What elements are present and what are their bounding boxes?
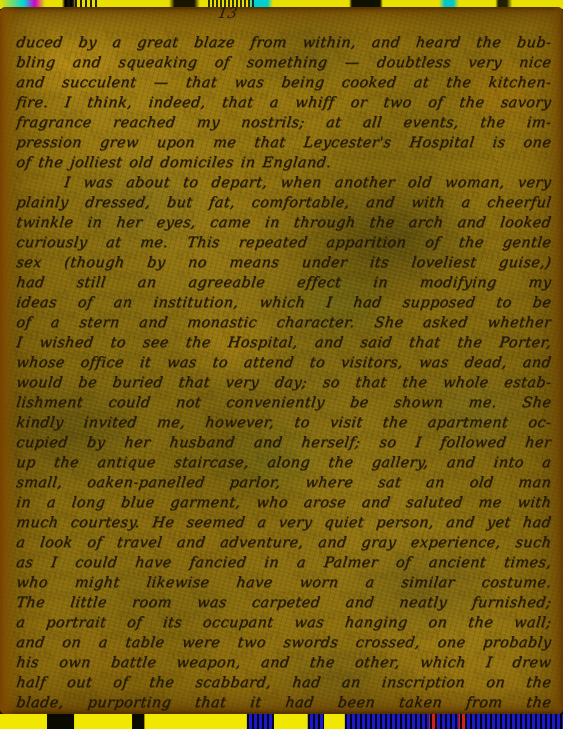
manuscript-line: kindly invited me, however, to visit the… <box>15 413 552 433</box>
manuscript-line: fragrance reached my nostrils; at all ev… <box>15 113 552 133</box>
manuscript-line: his own battle weapon, and the other, wh… <box>15 653 552 673</box>
scanned-manuscript-page: 13 duced by a great blaze from within, a… <box>0 0 563 729</box>
manuscript-line: The little room was carpeted and neatly … <box>15 593 552 613</box>
manuscript-line: sex (though by no means under its loveli… <box>15 253 552 273</box>
manuscript-line: who might likewise have worn a similar c… <box>15 573 552 593</box>
manuscript-line: and on a table were two swords crossed, … <box>15 633 552 653</box>
page-number: 13 <box>217 4 239 22</box>
manuscript-line: had still an agreeable effect in modifyi… <box>15 273 552 293</box>
manuscript-line: up the antique staircase, along the gall… <box>15 453 552 473</box>
manuscript-line: and succulent — that was being cooked at… <box>15 73 552 93</box>
manuscript-line: small, oaken-panelled parlor, where sat … <box>15 473 552 493</box>
manuscript-line: duced by a great blaze from within, and … <box>15 33 552 53</box>
manuscript-line: bling and squeaking of something — doubt… <box>15 53 552 73</box>
manuscript-line: a portrait of its occupant was hanging o… <box>15 613 552 633</box>
manuscript-line: fire. I think, indeed, that a whiff or t… <box>15 93 552 113</box>
manuscript-line: of a stern and monastic character. She a… <box>15 313 552 333</box>
manuscript-line: much courtesy. He seemed a very quiet pe… <box>15 513 552 533</box>
manuscript-line: of the jolliest old domiciles in England… <box>15 153 552 173</box>
manuscript-line: blade, purporting that it had been taken… <box>15 693 552 713</box>
manuscript-line: I was about to depart, when another old … <box>15 173 552 193</box>
manuscript-line: would be buried that very day; so that t… <box>15 373 552 393</box>
manuscript-line: a look of travel and adventure, and gray… <box>15 533 552 553</box>
manuscript-line: as I could have fancied in a Palmer of a… <box>15 553 552 573</box>
manuscript-line: curiously at me. This repeated apparitio… <box>15 233 552 253</box>
manuscript-line: half out of the scabbard, had an inscrip… <box>15 673 552 693</box>
manuscript-line: lishment could not conveniently be shown… <box>15 393 552 413</box>
manuscript-line: I wished to see the Hospital, and said t… <box>15 333 552 353</box>
manuscript-line: twinkle in her eyes, came in through the… <box>15 213 552 233</box>
manuscript-text: duced by a great blaze from within, and … <box>15 33 550 713</box>
manuscript-line: pression grew upon me that Leycester's H… <box>15 133 552 153</box>
manuscript-line: in a long blue garment, who arose and sa… <box>15 493 552 513</box>
manuscript-line: whose office it was to attend to visitor… <box>15 353 552 373</box>
manuscript-paper: 13 duced by a great blaze from within, a… <box>0 7 563 714</box>
manuscript-line: ideas of an institution, which I had sup… <box>15 293 552 313</box>
scan-noise-band-bottom <box>0 714 563 729</box>
manuscript-line: cupied by her husband and herself; so I … <box>15 433 552 453</box>
manuscript-line: plainly dressed, but fat, comfortable, a… <box>15 193 552 213</box>
